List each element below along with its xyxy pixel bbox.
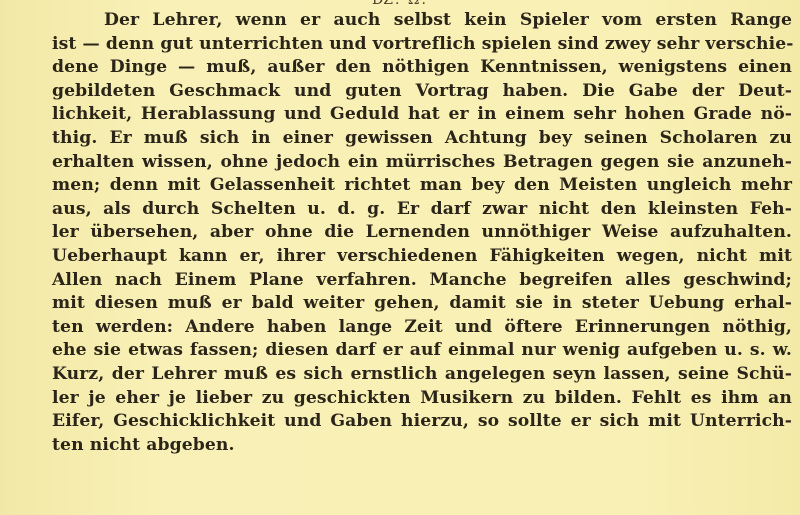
text-line: thig. Er muß sich in einer gewissen Acht…	[52, 127, 792, 151]
text-line: ler übersehen, aber ohne die Lernenden u…	[52, 221, 792, 245]
text-line: ten werden: Andere haben lange Zeit und …	[52, 316, 792, 340]
text-line: ist — denn gut unterrichten und vortrefl…	[52, 33, 792, 57]
text-line: Allen nach Einem Plane verfahren. Manche…	[52, 269, 792, 293]
text-line: men; denn mit Gelassenheit richtet man b…	[52, 174, 792, 198]
scanned-book-page: Ǳ. Ω. Der Lehrer, wenn er auch selbst ke…	[0, 0, 800, 515]
text-line: lichkeit, Herablassung und Geduld hat er…	[52, 103, 792, 127]
text-line: ten nicht abgeben.	[52, 434, 792, 458]
paragraph: Der Lehrer, wenn er auch selbst kein Spi…	[52, 9, 792, 457]
text-line: erhalten wissen, ohne jedoch ein mürrisc…	[52, 151, 792, 175]
running-head: Ǳ. Ω.	[372, 0, 428, 8]
text-line: dene Dinge — muß, außer den nöthigen Ken…	[52, 56, 792, 80]
text-line: Kurz, der Lehrer muß es sich ernstlich a…	[52, 363, 792, 387]
text-line: aus, als durch Schelten u. d. g. Er darf…	[52, 198, 792, 222]
text-line: Der Lehrer, wenn er auch selbst kein Spi…	[52, 9, 792, 33]
text-line: Ueberhaupt kann er, ihrer verschiedenen …	[52, 245, 792, 269]
text-line: Eifer, Geschicklichkeit und Gaben hierzu…	[52, 410, 792, 434]
text-line: ler je eher je lieber zu geschickten Mus…	[52, 387, 792, 411]
text-line: gebildeten Geschmack und guten Vortrag h…	[52, 80, 792, 104]
text-line: mit diesen muß er bald weiter gehen, dam…	[52, 292, 792, 316]
text-line: ehe sie etwas fassen; diesen darf er auf…	[52, 339, 792, 363]
